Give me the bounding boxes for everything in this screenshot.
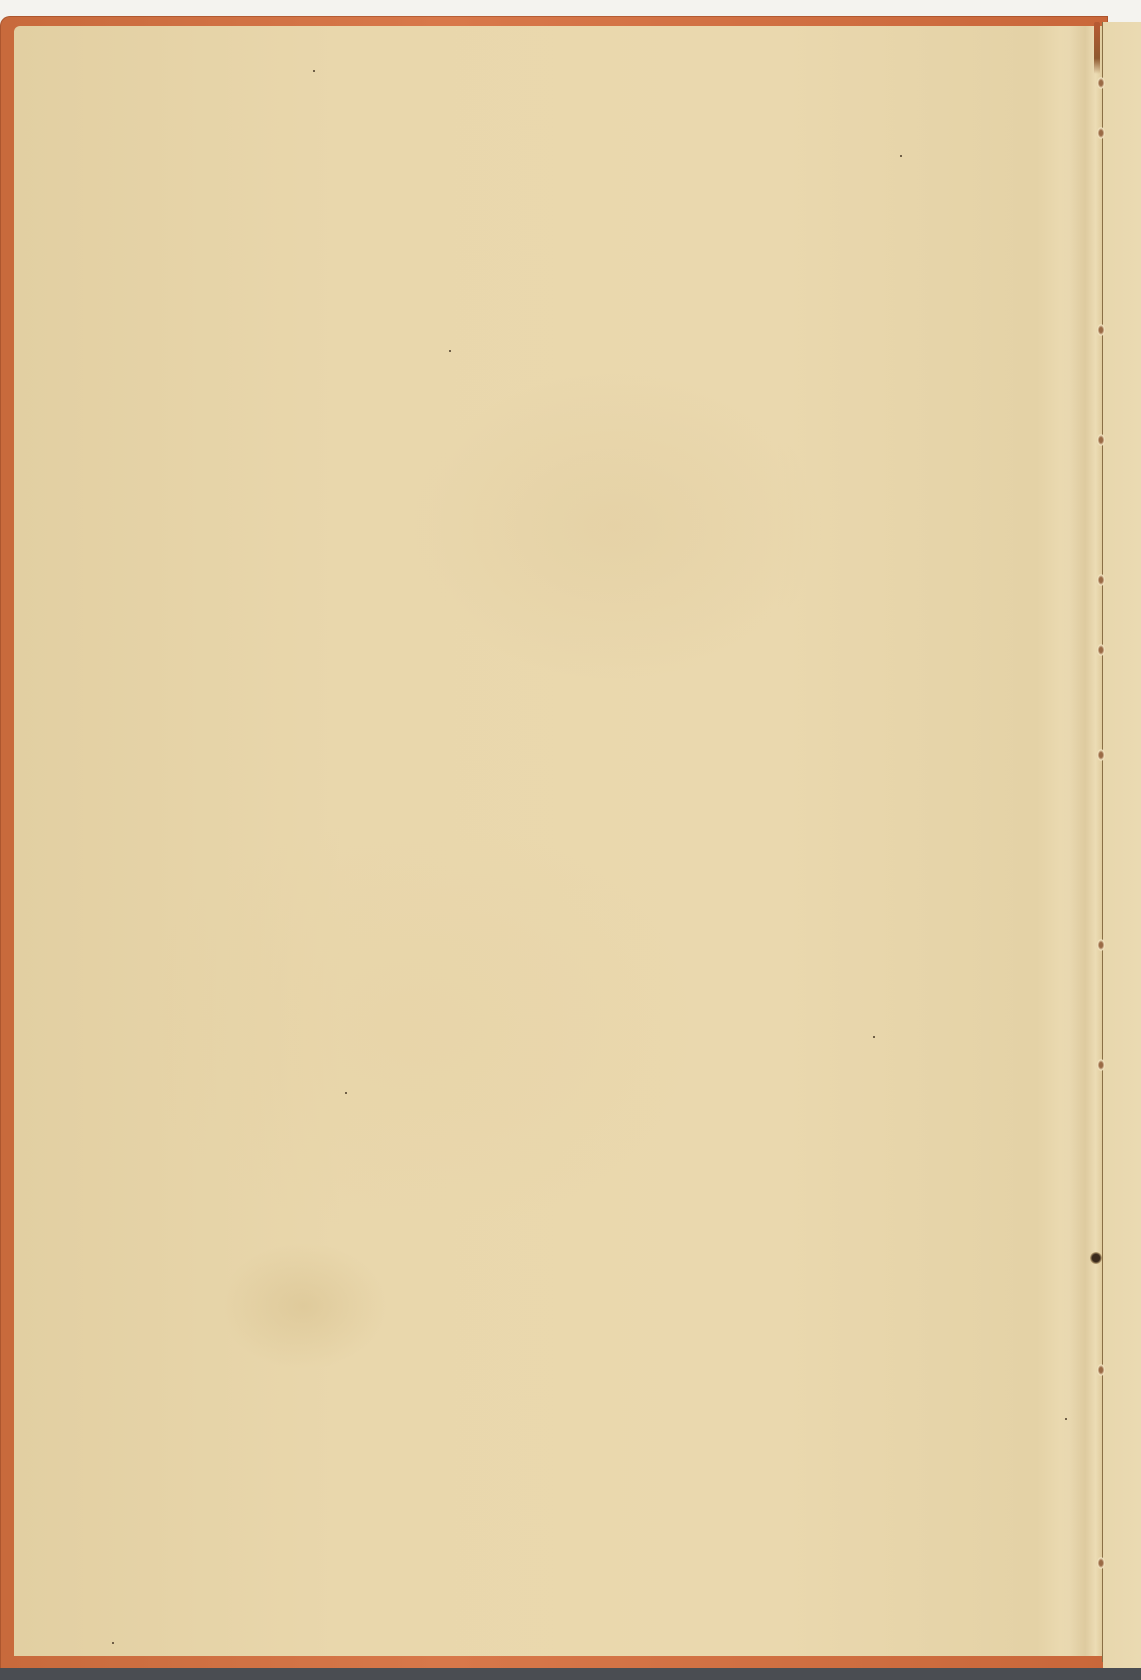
stitch-hole <box>1097 749 1105 761</box>
stitch-hole <box>1097 1059 1105 1071</box>
spine-top-wear <box>1094 22 1100 74</box>
stitch-hole <box>1097 434 1105 446</box>
scanner-bed <box>0 1668 1141 1680</box>
gutter-shadow <box>1060 26 1102 1656</box>
paper-speck <box>112 1642 114 1644</box>
stitch-hole <box>1097 574 1105 586</box>
stitch-hole <box>1097 77 1105 89</box>
stitch-hole <box>1097 1557 1105 1569</box>
paper-speck <box>900 155 902 157</box>
paper-speck <box>1065 1418 1067 1420</box>
facing-page-sliver <box>1103 22 1141 1668</box>
paper-speck <box>873 1036 875 1038</box>
stitch-hole <box>1097 324 1105 336</box>
tear-hole <box>1090 1252 1102 1264</box>
paper-speck <box>449 350 451 352</box>
paper-speck <box>313 70 315 72</box>
stitch-hole <box>1097 644 1105 656</box>
stitch-hole <box>1097 127 1105 139</box>
scanned-page-image <box>0 0 1141 1680</box>
stitch-hole <box>1097 939 1105 951</box>
gutter-fold-line <box>1102 22 1103 1662</box>
stitch-hole <box>1097 1364 1105 1376</box>
paper-speck <box>345 1092 347 1094</box>
blank-paper-page <box>14 26 1102 1656</box>
